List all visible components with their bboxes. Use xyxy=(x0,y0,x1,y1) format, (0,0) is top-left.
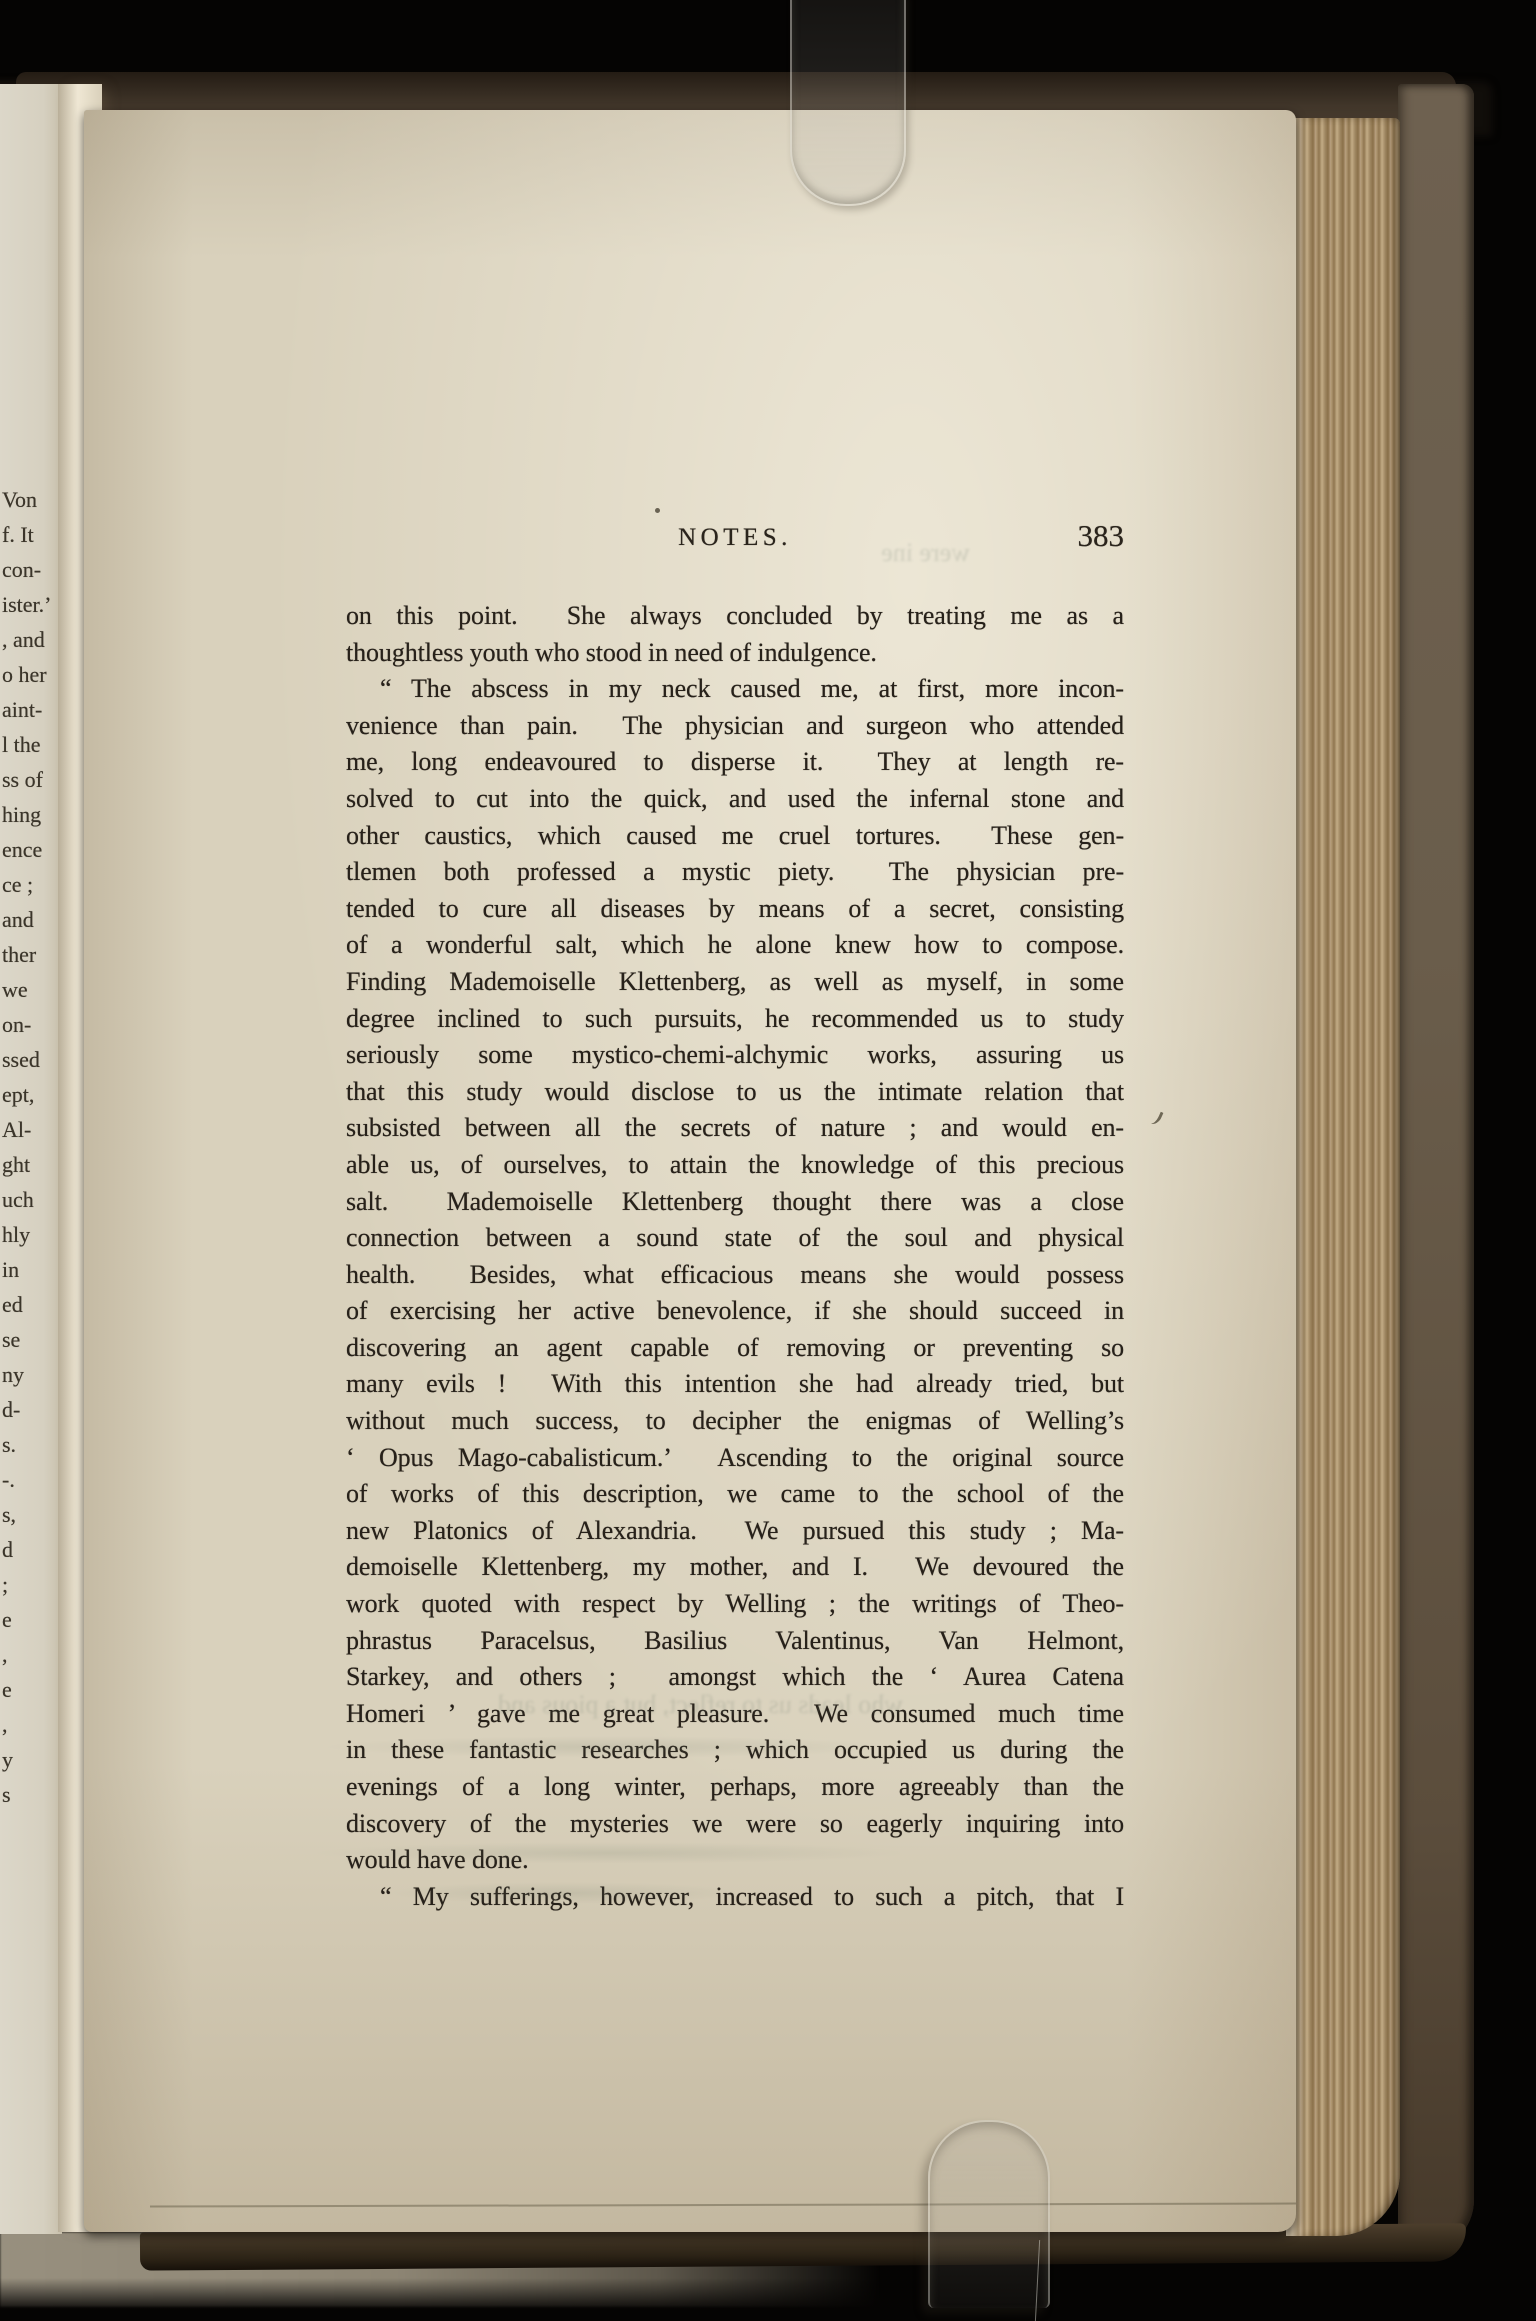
text-line: other caustics, which caused me cruel to… xyxy=(346,818,1124,855)
verso-fragment: , xyxy=(2,1637,60,1672)
show-through-smudge xyxy=(310,1842,910,1864)
verso-fragment: , xyxy=(2,1707,60,1742)
verso-fragment: we xyxy=(2,972,60,1007)
verso-fragment: d xyxy=(2,1532,60,1567)
verso-fragment: s, xyxy=(2,1497,60,1532)
text-line: subsisted between all the secrets of nat… xyxy=(346,1110,1124,1147)
verso-fragment: aint- xyxy=(2,692,60,727)
verso-fragment: ence xyxy=(2,832,60,867)
text-line: tlemen both professed a mystic piety. Th… xyxy=(346,854,1124,891)
verso-fragment: e xyxy=(2,1672,60,1707)
facing-page-text-fragments: Vonf. Itcon-ister.’, ando heraint-l thes… xyxy=(2,482,60,1812)
verso-fragment: ssed xyxy=(2,1042,60,1077)
show-through-smudge xyxy=(384,1882,744,1904)
text-line: venience than pain. The physician and su… xyxy=(346,708,1124,745)
show-through-fragment: were ine xyxy=(820,538,970,568)
text-line: discovery of the mysteries we were so ea… xyxy=(346,1806,1124,1843)
text-line: Finding Mademoiselle Klettenberg, as wel… xyxy=(346,964,1124,1001)
verso-fragment: in xyxy=(2,1252,60,1287)
text-line: many evils ! With this intention she had… xyxy=(346,1366,1124,1403)
text-line: of a wonderful salt, which he alone knew… xyxy=(346,927,1124,964)
verso-fragment: y xyxy=(2,1742,60,1777)
verso-fragment: o her xyxy=(2,657,60,692)
verso-fragment: uch xyxy=(2,1182,60,1217)
book-page: NOTES. 383 on this point. She always con… xyxy=(84,110,1296,2232)
text-line: me, long endeavoured to disperse it. The… xyxy=(346,744,1124,781)
show-through-smudge xyxy=(320,1736,900,1758)
text-line: that this study would disclose to us the… xyxy=(346,1074,1124,1111)
paper-speck xyxy=(655,508,660,513)
text-line: thoughtless youth who stood in need of i… xyxy=(346,635,1124,672)
verso-fragment: -. xyxy=(2,1462,60,1497)
show-through-fragment: who leads us to reflect, but a pious and xyxy=(318,1690,903,1720)
verso-fragment: ny xyxy=(2,1357,60,1392)
text-line: connection between a sound state of the … xyxy=(346,1220,1124,1257)
verso-fragment: s. xyxy=(2,1427,60,1462)
verso-fragment: and xyxy=(2,902,60,937)
verso-fragment: ister.’ xyxy=(2,587,60,622)
verso-fragment: ; xyxy=(2,1567,60,1602)
text-line: ‘ Opus Mago-cabalisticum.’ Ascending to … xyxy=(346,1440,1124,1477)
verso-fragment: f. It xyxy=(2,517,60,552)
text-line: seriously some mystico-chemi-alchymic wo… xyxy=(346,1037,1124,1074)
text-line: phrastus Paracelsus, Basilius Valentinus… xyxy=(346,1623,1124,1660)
text-line: on this point. She always concluded by t… xyxy=(346,598,1124,635)
facing-page-sliver: Vonf. Itcon-ister.’, ando heraint-l thes… xyxy=(0,84,62,2234)
text-line: degree inclined to such pursuits, he rec… xyxy=(346,1001,1124,1038)
text-line: demoiselle Klettenberg, my mother, and I… xyxy=(346,1549,1124,1586)
book-cover-board xyxy=(1398,84,1474,2252)
text-line: without much success, to decipher the en… xyxy=(346,1403,1124,1440)
verso-fragment: con- xyxy=(2,552,60,587)
table-shadow xyxy=(0,2278,1536,2321)
text-line: discovering an agent capable of removing… xyxy=(346,1330,1124,1367)
transparent-page-holder-bottom xyxy=(928,2120,1050,2308)
verso-fragment: ed xyxy=(2,1287,60,1322)
verso-fragment: ss of xyxy=(2,762,60,797)
book-photo: Vonf. Itcon-ister.’, ando heraint-l thes… xyxy=(0,0,1536,2321)
text-line: of exercising her active benevolence, if… xyxy=(346,1293,1124,1330)
page-header: NOTES. 383 xyxy=(346,524,1124,566)
verso-fragment: l the xyxy=(2,727,60,762)
verso-fragment: Al- xyxy=(2,1112,60,1147)
verso-fragment: ce ; xyxy=(2,867,60,902)
verso-fragment: ther xyxy=(2,937,60,972)
ink-mark xyxy=(1147,1108,1163,1126)
verso-fragment: se xyxy=(2,1322,60,1357)
verso-fragment: hing xyxy=(2,797,60,832)
verso-fragment: Von xyxy=(2,482,60,517)
verso-fragment: ght xyxy=(2,1147,60,1182)
text-line: of works of this description, we came to… xyxy=(346,1476,1124,1513)
text-line: evenings of a long winter, perhaps, more… xyxy=(346,1769,1124,1806)
text-line: “ The abscess in my neck caused me, at f… xyxy=(346,671,1124,708)
verso-fragment: ept, xyxy=(2,1077,60,1112)
running-head: NOTES. xyxy=(346,524,1124,552)
text-line: health. Besides, what efficacious means … xyxy=(346,1257,1124,1294)
verso-fragment: hly xyxy=(2,1217,60,1252)
transparent-page-holder-top xyxy=(790,0,906,206)
page-number: 383 xyxy=(1078,518,1125,554)
text-line: solved to cut into the quick, and used t… xyxy=(346,781,1124,818)
text-line: able us, of ourselves, to attain the kno… xyxy=(346,1147,1124,1184)
text-line: new Platonics of Alexandria. We pursued … xyxy=(346,1513,1124,1550)
verso-fragment: d- xyxy=(2,1392,60,1427)
text-line: work quoted with respect by Welling ; th… xyxy=(346,1586,1124,1623)
text-line: salt. Mademoiselle Klettenberg thought t… xyxy=(346,1184,1124,1221)
text-line: tended to cure all diseases by means of … xyxy=(346,891,1124,928)
verso-fragment: e xyxy=(2,1602,60,1637)
verso-fragment: , and xyxy=(2,622,60,657)
verso-fragment: s xyxy=(2,1777,60,1812)
verso-fragment: on- xyxy=(2,1007,60,1042)
